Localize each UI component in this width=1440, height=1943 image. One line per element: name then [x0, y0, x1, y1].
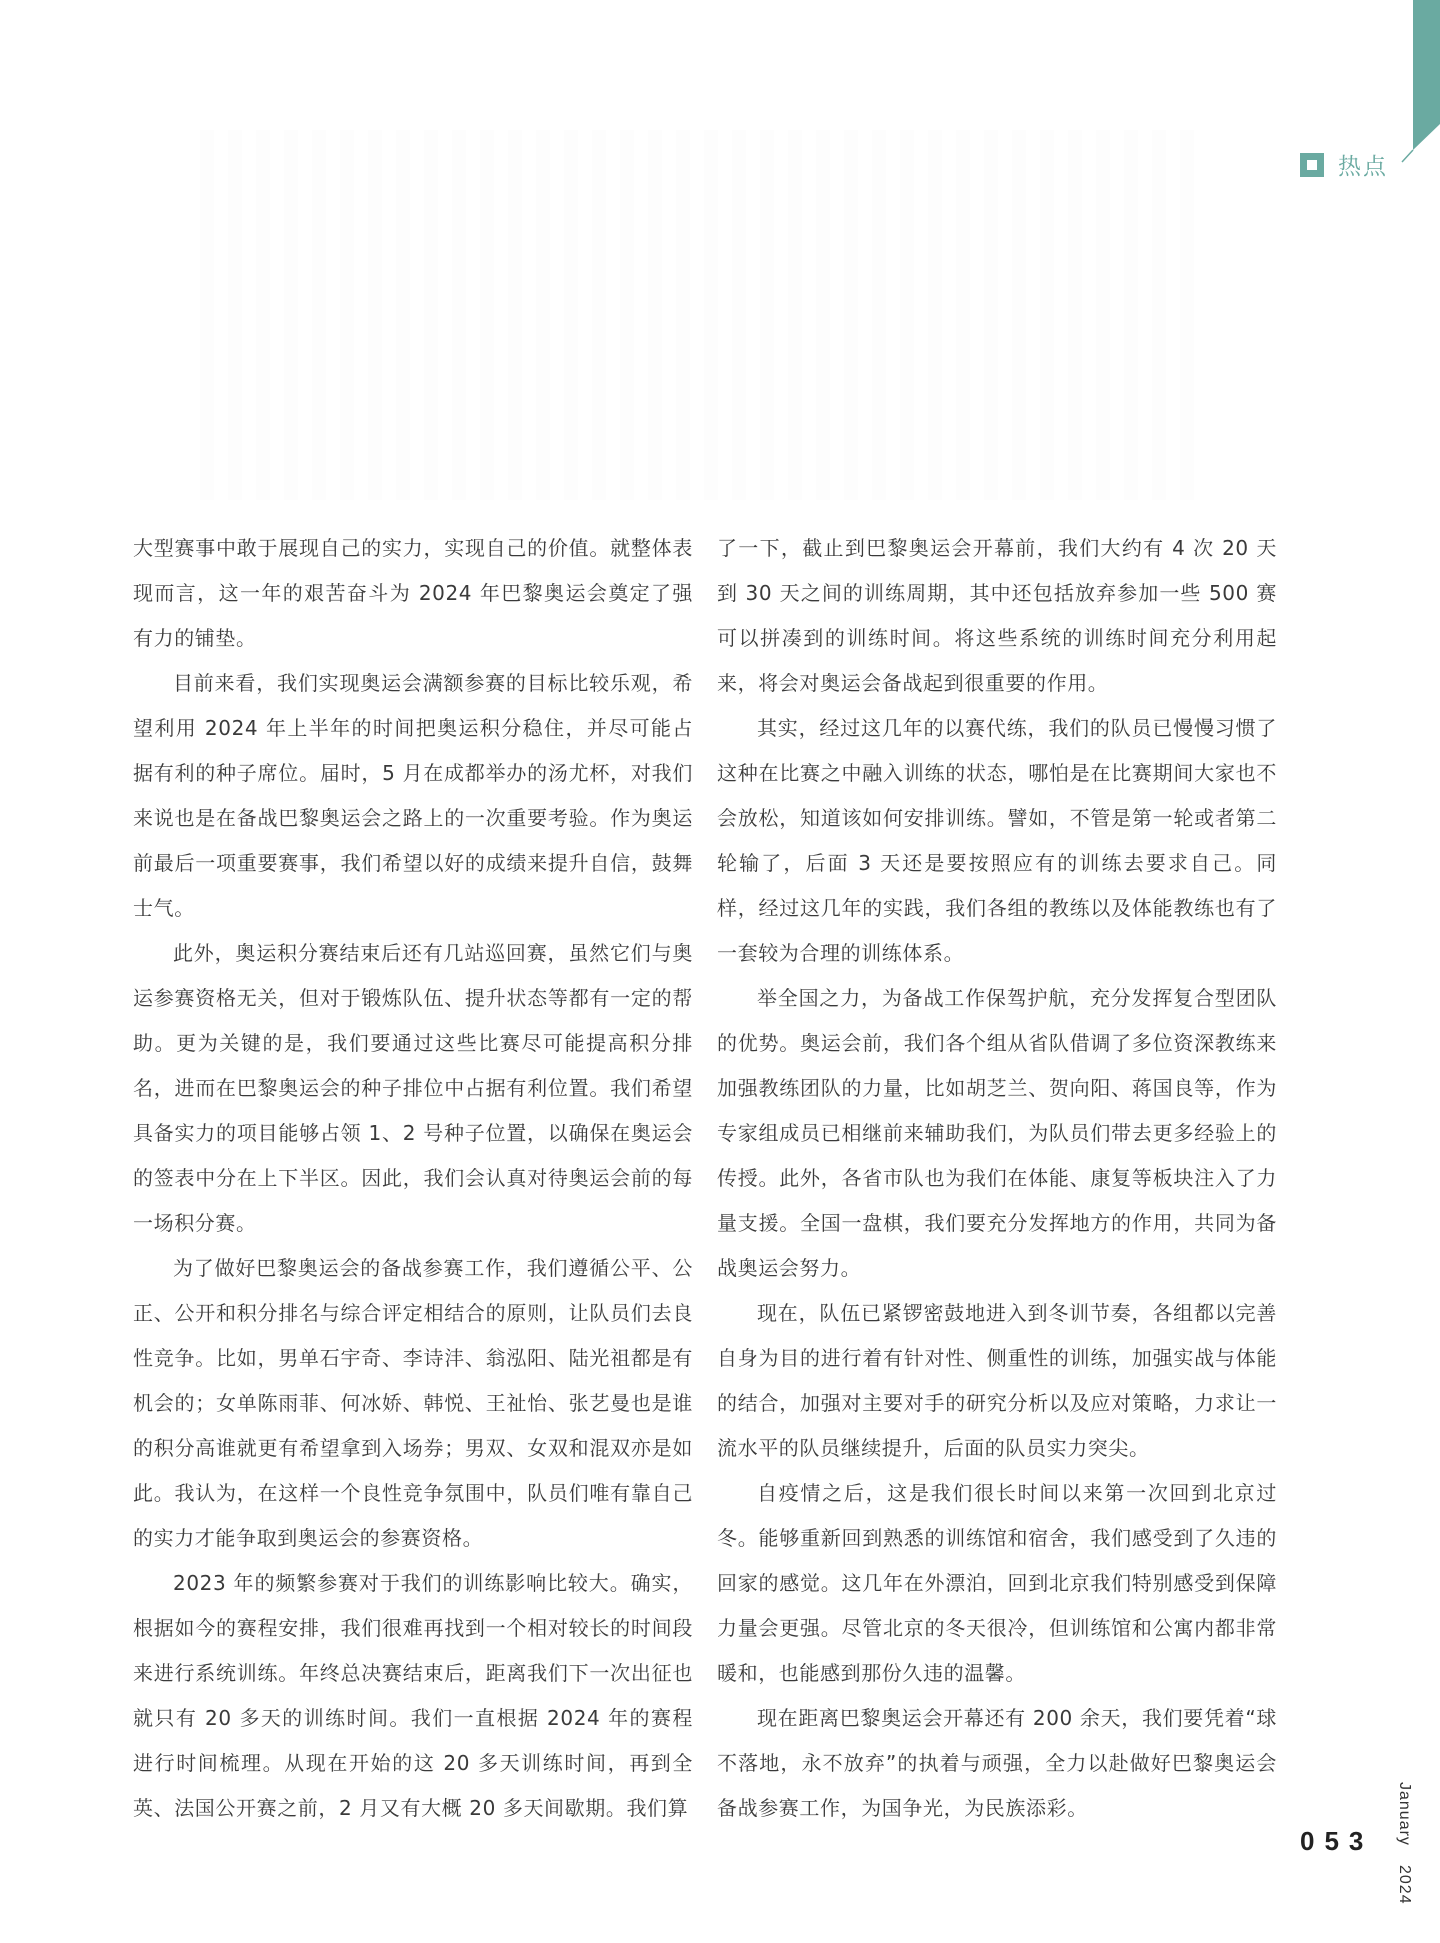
- issue-date: January 2024: [1395, 1782, 1413, 1905]
- section-label: 热点: [1338, 148, 1388, 181]
- paragraph: 了一下，截止到巴黎奥运会开幕前，我们大约有 4 次 20 天到 30 天之间的训…: [717, 526, 1277, 706]
- paragraph: 此外，奥运积分赛结束后还有几站巡回赛，虽然它们与奥运参赛资格无关，但对于锻炼队伍…: [133, 931, 693, 1246]
- paragraph: 自疫情之后，这是我们很长时间以来第一次回到北京过冬。能够重新回到熟悉的训练馆和宿…: [717, 1471, 1277, 1696]
- square-bullet-icon: [1300, 153, 1324, 177]
- paragraph: 其实，经过这几年的以赛代练，我们的队员已慢慢习惯了这种在比赛之中融入训练的状态，…: [717, 706, 1277, 976]
- issue-month: January: [1396, 1782, 1413, 1846]
- paragraph: 举全国之力，为备战工作保驾护航，充分发挥复合型团队的优势。奥运会前，我们各个组从…: [717, 976, 1277, 1291]
- page-number: 053: [1300, 1826, 1373, 1857]
- article-column-right: 了一下，截止到巴黎奥运会开幕前，我们大约有 4 次 20 天到 30 天之间的训…: [717, 526, 1277, 1831]
- paragraph: 大型赛事中敢于展现自己的实力，实现自己的价值。就整体表现而言，这一年的艰苦奋斗为…: [133, 526, 693, 661]
- article-column-left: 大型赛事中敢于展现自己的实力，实现自己的价值。就整体表现而言，这一年的艰苦奋斗为…: [133, 526, 693, 1831]
- paragraph: 现在距离巴黎奥运会开幕还有 200 余天，我们要凭着“球不落地，永不放弃”的执着…: [717, 1696, 1277, 1831]
- paragraph: 2023 年的频繁参赛对于我们的训练影响比较大。确实，根据如今的赛程安排，我们很…: [133, 1561, 693, 1831]
- corner-decoration-tab: [1380, 0, 1440, 170]
- paragraph: 目前来看，我们实现奥运会满额参赛的目标比较乐观，希望利用 2024 年上半年的时…: [133, 661, 693, 931]
- article-body: 大型赛事中敢于展现自己的实力，实现自己的价值。就整体表现而言，这一年的艰苦奋斗为…: [133, 526, 1293, 1831]
- faded-image-area: [200, 130, 1200, 500]
- section-tag: 热点: [1300, 148, 1388, 181]
- issue-year: 2024: [1396, 1865, 1413, 1905]
- paragraph: 为了做好巴黎奥运会的备战参赛工作，我们遵循公平、公正、公开和积分排名与综合评定相…: [133, 1246, 693, 1561]
- paragraph: 现在，队伍已紧锣密鼓地进入到冬训节奏，各组都以完善自身为目的进行着有针对性、侧重…: [717, 1291, 1277, 1471]
